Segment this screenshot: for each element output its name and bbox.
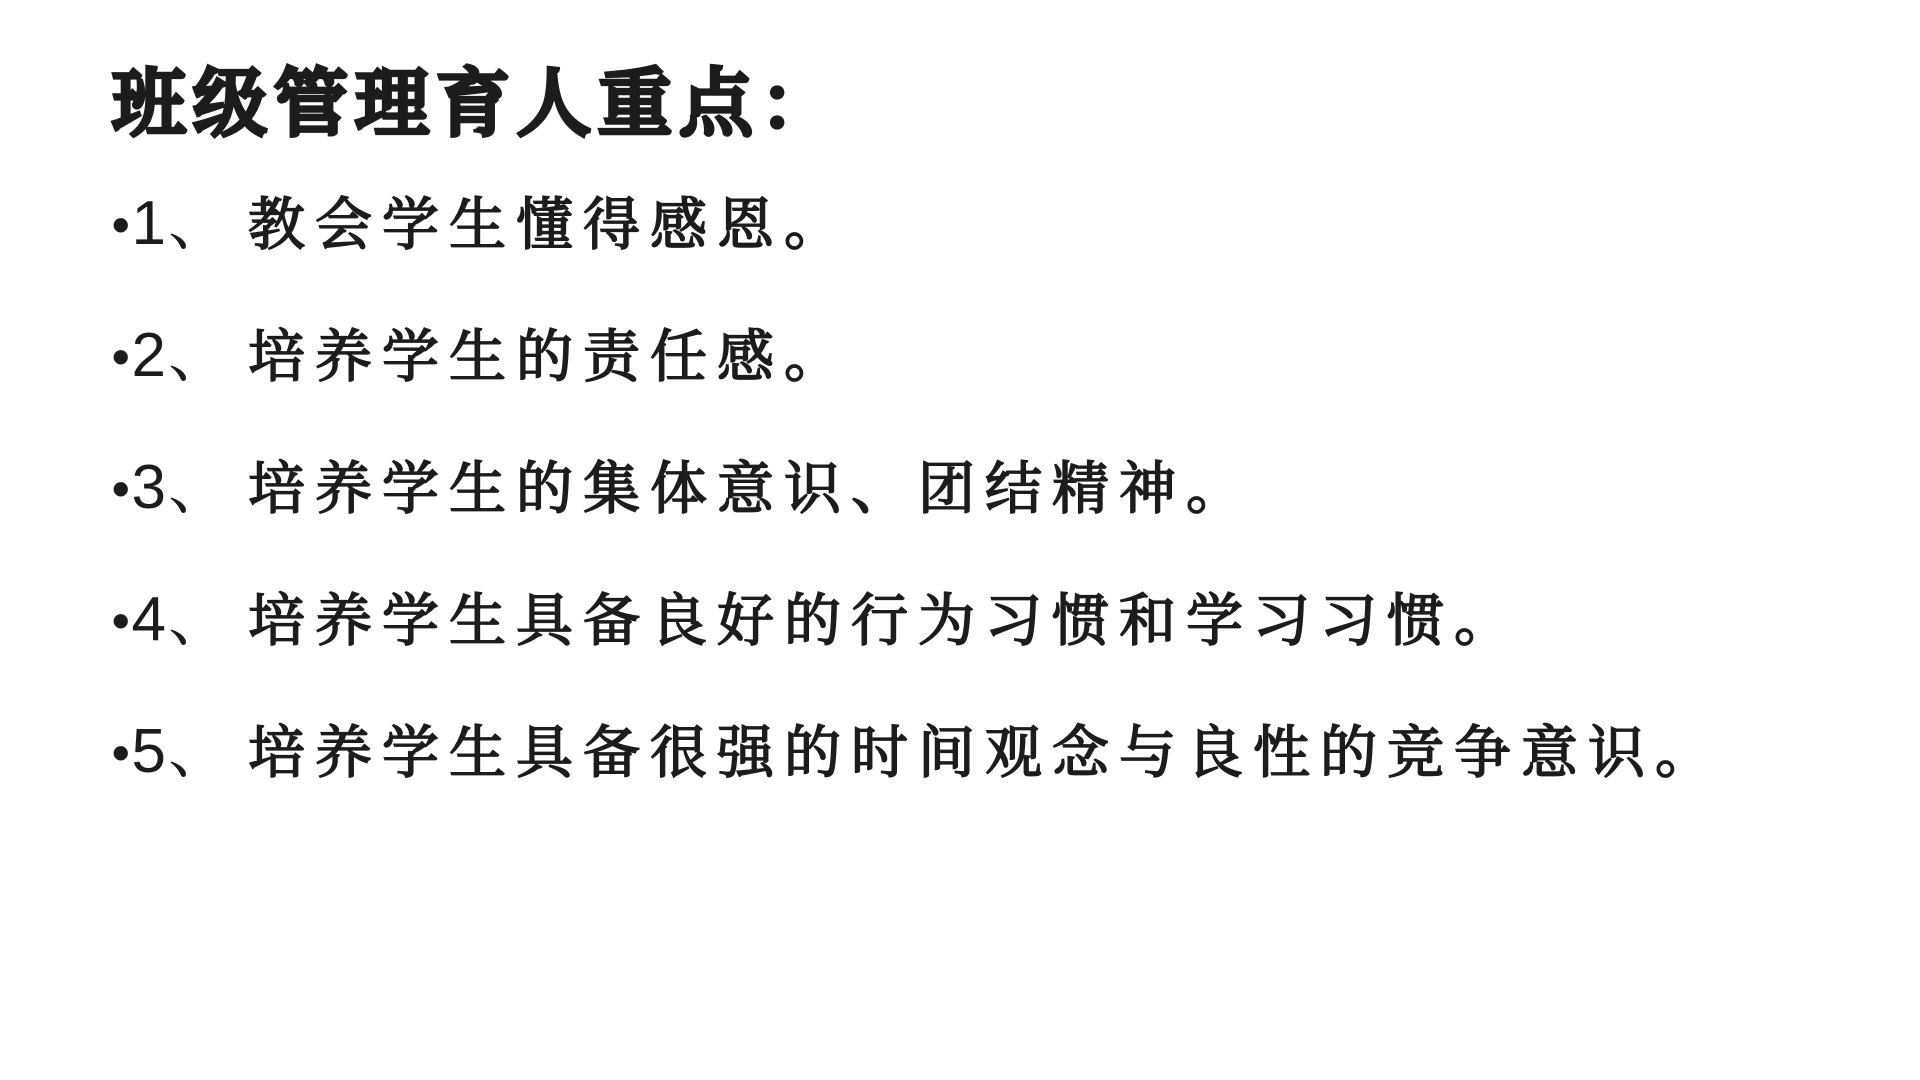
bullet-dot-icon: • [112, 725, 130, 781]
item-number: 2、 [132, 321, 232, 390]
bullet-dot-icon: • [112, 329, 130, 385]
item-number: 5、 [132, 717, 232, 786]
bullet-list: •1、教会学生懂得感恩。 •2、培养学生的责任感。 •3、培养学生的集体意识、团… [0, 166, 1920, 811]
item-number: 1、 [132, 189, 232, 258]
item-number: 4、 [132, 585, 232, 654]
item-number: 3、 [132, 453, 232, 522]
item-text: 教会学生懂得感恩。 [248, 193, 851, 257]
item-text: 培养学生具备很强的时间观念与良性的竞争意识。 [248, 721, 1722, 785]
bullet-item-1: •1、教会学生懂得感恩。 [148, 166, 1848, 283]
bullet-dot-icon: • [112, 197, 130, 253]
bullet-item-5: •5、培养学生具备很强的时间观念与良性的竞争意识。 [148, 694, 1848, 811]
bullet-item-3: •3、培养学生的集体意识、团结精神。 [148, 430, 1848, 547]
bullet-dot-icon: • [112, 593, 130, 649]
slide-title: 班级管理育人重点： [112, 58, 1920, 151]
bullet-item-2: •2、培养学生的责任感。 [148, 298, 1848, 415]
item-text: 培养学生的责任感。 [248, 325, 851, 389]
item-text: 培养学生具备良好的行为习惯和学习习惯。 [248, 589, 1521, 653]
slide: 班级管理育人重点： •1、教会学生懂得感恩。 •2、培养学生的责任感。 •3、培… [0, 0, 1920, 1080]
bullet-dot-icon: • [112, 461, 130, 517]
item-text: 培养学生的集体意识、团结精神。 [248, 457, 1253, 521]
bullet-item-4: •4、培养学生具备良好的行为习惯和学习习惯。 [148, 562, 1848, 679]
